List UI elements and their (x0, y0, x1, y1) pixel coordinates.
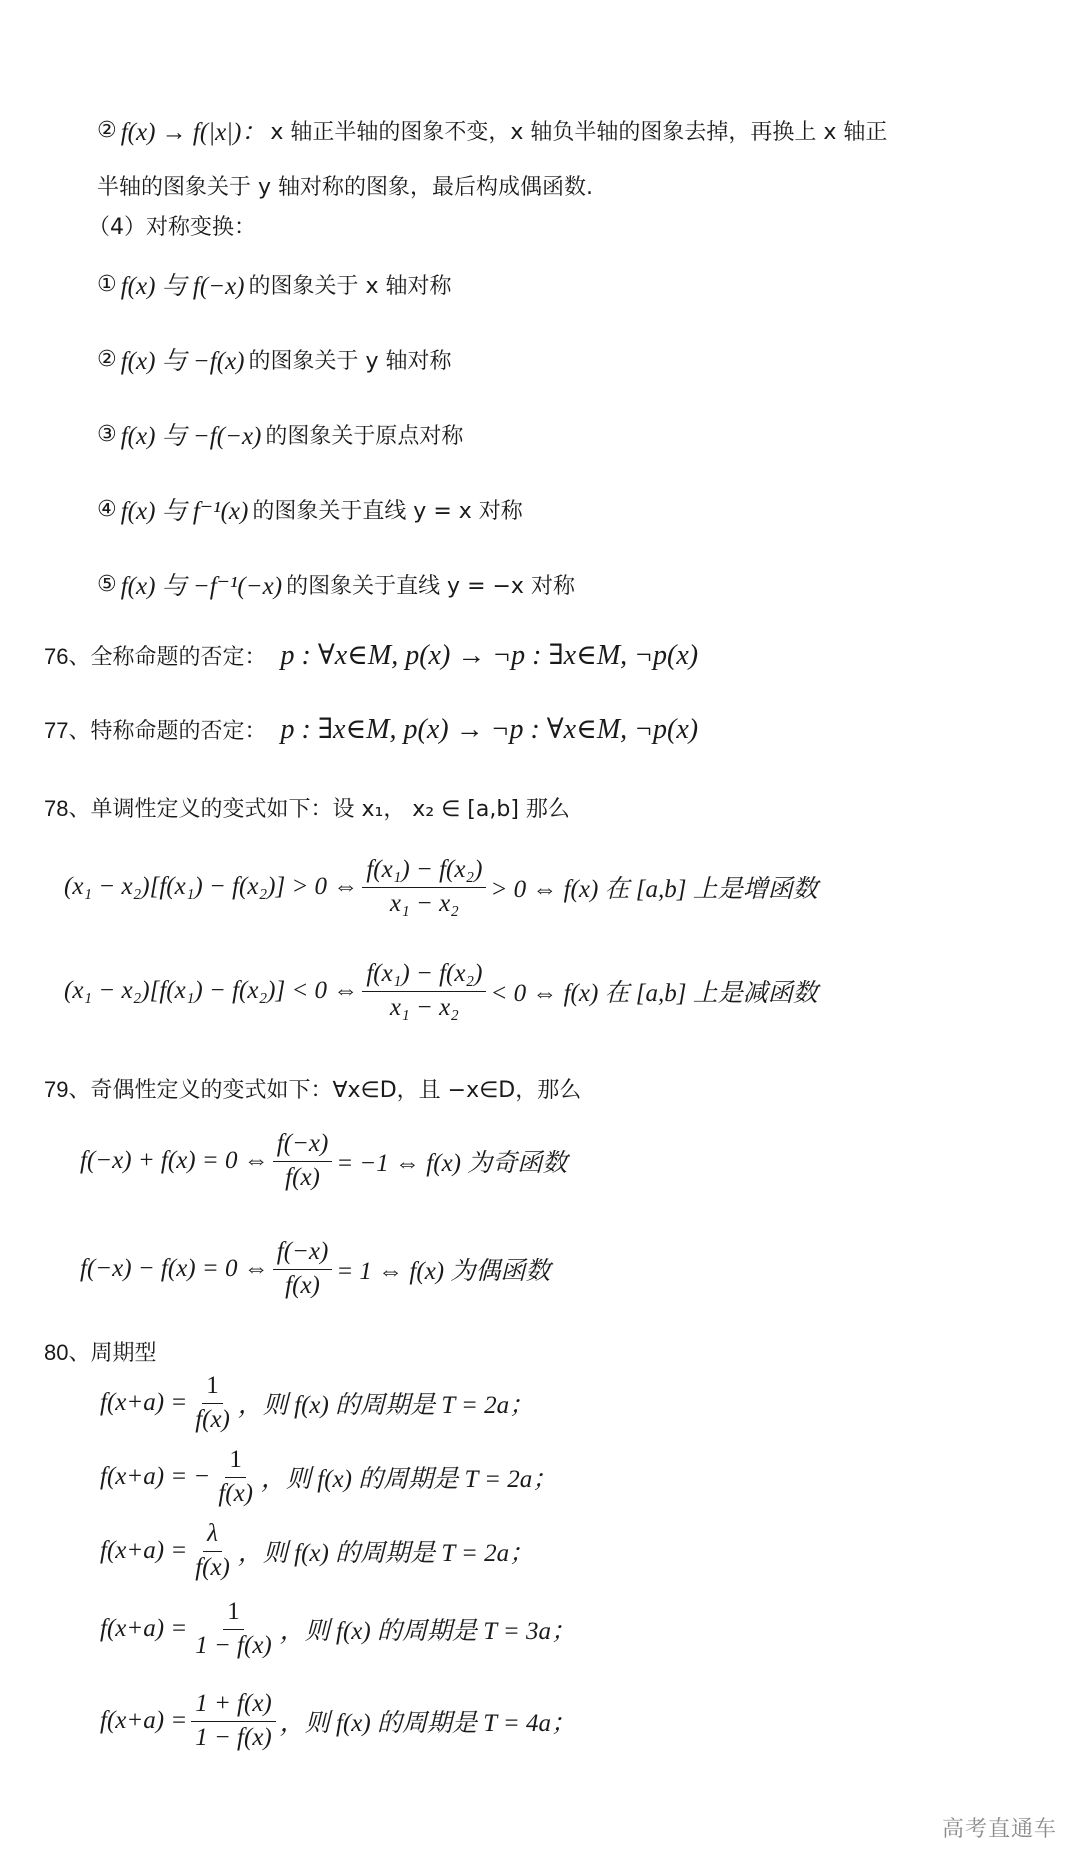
numerator: 1 (225, 1446, 246, 1478)
formula-lhs: f(x+a) = (100, 1615, 187, 1643)
formula-rhs: ，则 f(x) 的周期是 T = 3a； (280, 1611, 576, 1647)
fraction: 1 1 − f(x) (191, 1598, 276, 1661)
numerator: 1 (202, 1372, 223, 1404)
description: x 轴正半轴的图象不变，x 轴负半轴的图象去掉，再换上 x 轴正 (270, 115, 887, 146)
denominator: f(x) (281, 1270, 324, 1301)
item-76: 76、 全称命题的否定： p : ∀x∈M, p(x) → ¬p : ∃x∈M,… (44, 638, 698, 672)
item-number: 78、 (44, 792, 90, 823)
section-heading: （4）对称变换： (88, 210, 256, 241)
item-title: 全称命题的否定： (90, 640, 266, 671)
monotonic-decreasing-formula: (x₁ − x₂)[f(x₁) − f(x₂)] < 0 ⇔ f(x₁) − f… (64, 960, 818, 1023)
denominator: f(x) (214, 1478, 257, 1509)
period-rule: f(x+a) = − 1 f(x) ，则 f(x) 的周期是 T = 2a； (100, 1446, 557, 1509)
watermark: 高考直通车 (942, 1812, 1057, 1843)
numerator: λ (203, 1520, 222, 1552)
item-80: 80、 周期型 (44, 1336, 157, 1367)
odd-function-formula: f(−x) + f(x) = 0 ⇔ f(−x) f(x) = −1 ⇔ f(x… (80, 1130, 567, 1193)
item-78: 78、 单调性定义的变式如下：设 x₁， x₂ ∈ [a,b] 那么 (44, 792, 570, 823)
item-77: 77、 特称命题的否定： p : ∃x∈M, p(x) → ¬p : ∀x∈M,… (44, 712, 698, 746)
abs-transform-line-2: 半轴的图象关于 y 轴对称的图象，最后构成偶函数. (97, 170, 593, 201)
formula: f(x) 与 −f(x) (121, 341, 245, 377)
period-rule: f(x+a) = λ f(x) ，则 f(x) 的周期是 T = 2a； (100, 1520, 534, 1583)
item-label: ② (97, 118, 117, 143)
numerator: f(−x) (273, 1130, 333, 1162)
monotonic-increasing-formula: (x₁ − x₂)[f(x₁) − f(x₂)] > 0 ⇔ f(x₁) − f… (64, 856, 818, 919)
formula: f(x) 与 f⁻¹(x) (121, 491, 249, 527)
formula-rhs: ，则 f(x) 的周期是 T = 2a； (238, 1533, 534, 1569)
numerator: f(x₁) − f(x₂) (362, 856, 486, 888)
formula-rhs: > 0 ⇔ f(x) 在 [a,b] 上是增函数 (490, 869, 817, 905)
symmetry-item: ③ f(x) 与 −f(−x) 的图象关于原点对称 (97, 416, 463, 452)
formula-rhs: < 0 ⇔ f(x) 在 [a,b] 上是减函数 (490, 973, 817, 1009)
period-rule: f(x+a) = 1 + f(x) 1 − f(x) ，则 f(x) 的周期是 … (100, 1690, 576, 1753)
formula-lhs: (x₁ − x₂)[f(x₁) − f(x₂)] > 0 ⇔ (64, 873, 358, 901)
item-title: 单调性定义的变式如下：设 x₁， x₂ ∈ [a,b] 那么 (90, 792, 569, 823)
item-label: ② (97, 347, 117, 372)
item-label: ⑤ (97, 572, 117, 597)
fraction: 1 f(x) (214, 1446, 257, 1509)
formula-rhs: ，则 f(x) 的周期是 T = 4a； (280, 1703, 576, 1739)
denominator: f(x) (191, 1404, 234, 1435)
description: 的图象关于原点对称 (265, 419, 463, 450)
formula-lhs: f(−x) + f(x) = 0 ⇔ (80, 1147, 269, 1175)
fraction: λ f(x) (191, 1520, 234, 1583)
formula-lhs: f(x+a) = (100, 1707, 187, 1735)
fraction: f(x₁) − f(x₂) x₁ − x₂ (362, 856, 486, 919)
description: 的图象关于直线 y = −x 对称 (286, 569, 575, 600)
period-rule: f(x+a) = 1 f(x) ，则 f(x) 的周期是 T = 2a； (100, 1372, 534, 1435)
description: 的图象关于 x 轴对称 (249, 269, 452, 300)
symmetry-item: ② f(x) 与 −f(x) 的图象关于 y 轴对称 (97, 341, 452, 377)
formula-rhs: = 1 ⇔ f(x) 为偶函数 (336, 1251, 550, 1287)
formula: f(x) 与 −f(−x) (121, 416, 262, 452)
fraction: 1 f(x) (191, 1372, 234, 1435)
formula: f(x) 与 −f⁻¹(−x) (121, 566, 282, 602)
fraction: 1 + f(x) 1 − f(x) (191, 1690, 276, 1753)
formula-lhs: f(x+a) = (100, 1389, 187, 1417)
item-title: 周期型 (90, 1336, 156, 1367)
denominator: f(x) (191, 1552, 234, 1583)
item-79: 79、 奇偶性定义的变式如下：∀x∈D，且 −x∈D，那么 (44, 1073, 581, 1104)
denominator: 1 − f(x) (191, 1630, 276, 1661)
item-label: ① (97, 272, 117, 297)
numerator: 1 + f(x) (191, 1690, 276, 1722)
period-rule: f(x+a) = 1 1 − f(x) ，则 f(x) 的周期是 T = 3a； (100, 1598, 576, 1661)
description: 半轴的图象关于 y 轴对称的图象，最后构成偶函数. (97, 170, 593, 201)
fraction: f(−x) f(x) (273, 1238, 333, 1301)
denominator: f(x) (281, 1162, 324, 1193)
item-title: 特称命题的否定： (90, 714, 266, 745)
item-label: ④ (97, 497, 117, 522)
numerator: f(x₁) − f(x₂) (362, 960, 486, 992)
formula-lhs: (x₁ − x₂)[f(x₁) − f(x₂)] < 0 ⇔ (64, 977, 358, 1005)
formula-rhs: ，则 f(x) 的周期是 T = 2a； (261, 1459, 557, 1495)
formula: f(x) → f(|x|)： (121, 112, 267, 148)
numerator: 1 (223, 1598, 244, 1630)
formula: p : ∀x∈M, p(x) → ¬p : ∃x∈M, ¬p(x) (281, 638, 699, 672)
formula-lhs: f(−x) − f(x) = 0 ⇔ (80, 1255, 269, 1283)
fraction: f(−x) f(x) (273, 1130, 333, 1193)
fraction: f(x₁) − f(x₂) x₁ − x₂ (362, 960, 486, 1023)
symmetry-item: ① f(x) 与 f(−x) 的图象关于 x 轴对称 (97, 266, 452, 302)
symmetry-item: ⑤ f(x) 与 −f⁻¹(−x) 的图象关于直线 y = −x 对称 (97, 566, 575, 602)
abs-transform-line-1: ② f(x) → f(|x|)： x 轴正半轴的图象不变，x 轴负半轴的图象去掉… (97, 112, 887, 148)
formula-lhs: f(x+a) = − (100, 1463, 210, 1491)
item-number: 76、 (44, 640, 90, 671)
denominator: 1 − f(x) (191, 1722, 276, 1753)
item-number: 80、 (44, 1336, 90, 1367)
symmetry-item: ④ f(x) 与 f⁻¹(x) 的图象关于直线 y = x 对称 (97, 491, 523, 527)
item-number: 79、 (44, 1073, 90, 1104)
formula-rhs: = −1 ⇔ f(x) 为奇函数 (336, 1143, 567, 1179)
formula-rhs: ，则 f(x) 的周期是 T = 2a； (238, 1385, 534, 1421)
item-number: 77、 (44, 714, 90, 745)
description: 的图象关于 y 轴对称 (249, 344, 452, 375)
item-title: 奇偶性定义的变式如下：∀x∈D，且 −x∈D，那么 (90, 1073, 581, 1104)
heading-text: （4）对称变换： (88, 210, 256, 241)
even-function-formula: f(−x) − f(x) = 0 ⇔ f(−x) f(x) = 1 ⇔ f(x)… (80, 1238, 550, 1301)
denominator: x₁ − x₂ (386, 992, 463, 1023)
formula: f(x) 与 f(−x) (121, 266, 245, 302)
denominator: x₁ − x₂ (386, 888, 463, 919)
formula: p : ∃x∈M, p(x) → ¬p : ∀x∈M, ¬p(x) (281, 712, 699, 746)
numerator: f(−x) (273, 1238, 333, 1270)
formula-lhs: f(x+a) = (100, 1537, 187, 1565)
item-label: ③ (97, 422, 117, 447)
description: 的图象关于直线 y = x 对称 (252, 494, 522, 525)
